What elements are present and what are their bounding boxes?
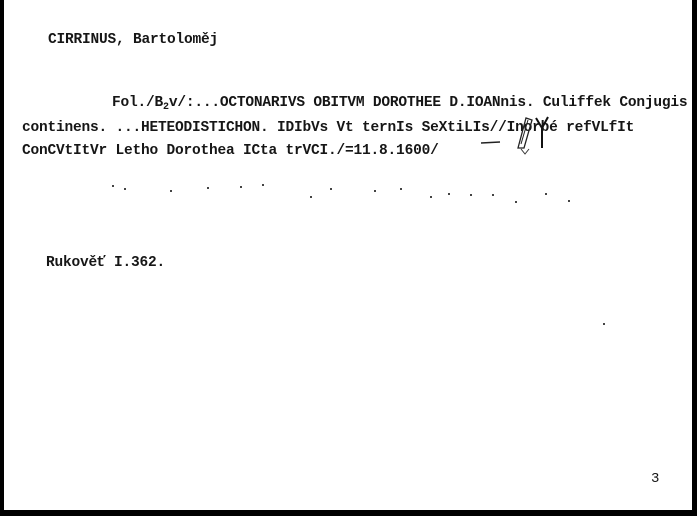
handwritten-caret-icon [520, 148, 530, 156]
folio-prefix: Fol./B [112, 95, 163, 111]
scan-border-right [692, 0, 697, 510]
entry-line-2: continens. ...HETEODISTICHON. IDIbVs Vt … [22, 121, 634, 136]
card-heading: CIRRINUS, Bartoloměj [48, 33, 218, 48]
entry-line-1: Fol./B2v/:...OCTONARIVS OBITVM DOROTHEE … [112, 96, 687, 113]
handwritten-dash-icon [480, 140, 502, 146]
scan-border-left [0, 0, 4, 510]
entry-line-3: ConCVtItVr Letho Dorothea ICta trVCI./=1… [22, 144, 439, 159]
reference-citation: Rukověť I.362. [46, 256, 165, 271]
scan-border-bottom [0, 510, 697, 516]
page-number: 3 [651, 472, 659, 486]
catalog-card: CIRRINUS, Bartoloměj Fol./B2v/:...OCTONA… [0, 0, 697, 516]
entry-line-1-text: v/:...OCTONARIVS OBITVM DOROTHEE D.IOANn… [169, 95, 688, 111]
